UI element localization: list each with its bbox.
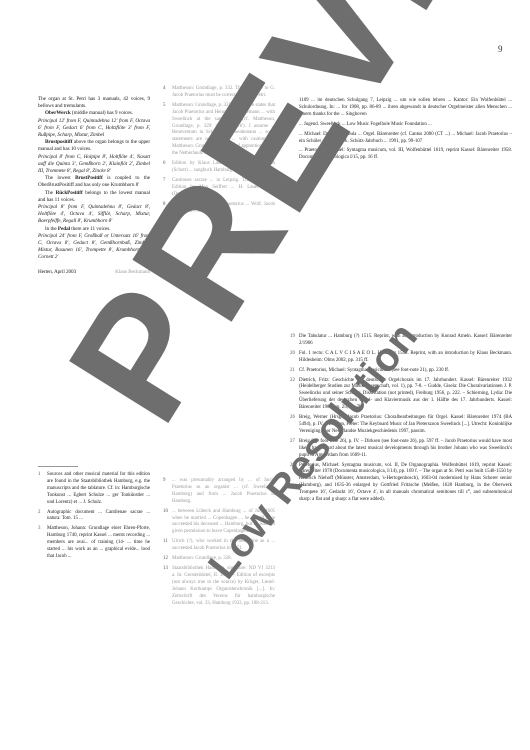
pedal-a: In the [45,226,58,232]
footnote-text: Beckmann, Klaus: Jacob Praetorius ... Wo… [172,202,275,216]
brust-paragraph: Brustpositiff above the organ belongs to… [38,139,150,153]
footnote: 11Ulrich (?), who worked in the meantime… [163,539,275,553]
footnote-number: 27 [290,439,299,460]
footnote-text: ... Praetorius, Michael: Syntagma musicu… [299,148,512,162]
footnote-text: ... between Lübeck and Hamburg ... of Ju… [172,509,275,537]
footnote-text: Mattheson, Johann: Grundlage einer Ehren… [47,526,150,561]
footnote-text: 1109 ... im deutschen Schulgang 7, Leipz… [299,98,512,119]
signature-row: Herten, April 2003 Klaus Beckmann [38,269,150,276]
footnote-text: Ulrich (?), who worked in the meantime a… [172,539,275,553]
footnote-number: 9 [163,478,172,506]
footnote-text: Mattheson: Grundlage, p. 328. [172,556,275,563]
footnote-text: ... Michael: Drei Praeambula ... Orgel. … [299,132,512,146]
footnote: 12Mattheson: Grundlage, p. 328. [163,556,275,563]
footnote-text: Die Tabulatur ... Hamburg (?) 1515. Repr… [299,334,512,348]
footnote-number: 5 [163,103,172,158]
ruck-paragraph: The RückPositiff belongs to the lowest m… [38,190,150,204]
footnotes-mid: 4Mattheson: Grundlage, p. 332. The refer… [163,86,275,218]
footnote-text: Fol. 1 recto: C A L V C I S A E O L. Ham… [299,351,512,365]
footnote: 1Sources and other musical material for … [38,472,150,507]
footnote-text: Cantiones sacrae ... in Leipzig. Transcr… [172,178,275,199]
footnote-text: Breig, Werner (Hrsg.): Jacob Praetorius:… [299,415,512,436]
oberwerk-stops: Principal 12′ from F, Quintadehna 12′ fr… [38,118,150,140]
footnotes-right-top: 1109 ... im deutschen Schulgang 7, Leipz… [290,98,512,165]
footnote: 27Breig (see foot-note 26), p. IV. – Dir… [290,439,512,460]
footnote-fragment: ... Praetorius, Michael: Syntagma musicu… [290,148,512,162]
footnote-text: Autographic document ... Cantilenae sacr… [47,510,150,524]
pedal-label: Pedal [58,226,70,232]
pedal-stops: Principal 24′ from F, Großbaß or Untersa… [38,233,150,262]
footnote-text: Breig (see foot-note 26), p. IV. – Dirks… [299,439,512,460]
footnote-number: 26 [290,415,299,436]
footnotes-left: 1Sources and other musical material for … [38,472,150,564]
brust-label: Brustpositiff [45,139,72,145]
footnote: 5Mattheson: Grundlage, p. 331. Mattheson… [163,103,275,158]
lowest-label: BrustPositiff [75,175,103,181]
footnote: 28Praetorius, Michael: Syntagma musicum,… [290,463,512,504]
footnote-text: Mattheson: Grundlage, p. 331. Mattheson … [172,103,275,158]
footnote-number: 10 [163,509,172,537]
footnote-number: 2 [38,510,47,524]
brust-stops: Principal 8′ from C, Holpipe 8′, Holtflö… [38,154,150,176]
footnote: 4Mattheson: Grundlage, p. 332. The refer… [163,86,275,100]
footnote: 7Cantiones sacrae ... in Leipzig. Transc… [163,178,275,199]
page-number: 9 [498,44,503,54]
footnote-number: 6 [163,161,172,175]
footnote-number: 12 [163,556,172,563]
ruck-stops: Principal 8′ from F, Quintadehna 8′, Ged… [38,204,150,226]
pedal-paragraph: In the Pedal there are 11 voices. [38,226,150,233]
footnote: 20Fol. 1 recto: C A L V C I S A E O L. H… [290,351,512,365]
footnotes-right: 19Die Tabulatur ... Hamburg (?) 1515. Re… [290,334,512,507]
footnote-number: 4 [163,86,172,100]
footnote: 19Die Tabulatur ... Hamburg (?) 1515. Re… [290,334,512,348]
place-date: Herten, April 2003 [38,269,76,276]
oberwerk-label: OberWerck [45,110,71,116]
oberwerk-paragraph: OberWerck (middle manual) has 9 voices. [38,110,150,117]
footnote: 3Mattheson, Johann: Grundlage einer Ehre… [38,526,150,561]
footnote: 10... between Lübeck and Hamburg ... of … [163,509,275,537]
footnote-number: 21 [290,368,299,375]
footnote: 2Autographic document ... Cantilenae sac… [38,510,150,524]
footnote: 9... was presumably arranged by ... of J… [163,478,275,506]
footnote-text: Dietrich, Fritz: Geschichte des deutsche… [299,378,512,413]
footnote: 21Cf. Praetorius, Michael: Syntagma musi… [290,368,512,375]
footnote-number: 20 [290,351,299,365]
footnote-text: ... Jugend. Sweelinck ... Low Music Foge… [299,122,512,129]
footnote-text: Cf. Praetorius, Michael: Syntagma musicu… [299,368,512,375]
ruck-a: The [45,190,56,196]
footnote-number: 8 [163,202,172,216]
footnote-fragment: ... Michael: Drei Praeambula ... Orgel. … [290,132,512,146]
footnote: 13Staatsbibliothek Hamburg, signature: N… [163,566,275,607]
footnote-number: 13 [163,566,172,607]
footnote: 26Breig, Werner (Hrsg.): Jacob Praetoriu… [290,415,512,436]
pedal-b: there are 11 voices. [70,226,110,232]
lowest-a: The lowest [45,175,75,181]
author-name: Klaus Beckmann [115,269,150,276]
footnote-rule [38,466,78,467]
footnote: 8Beckmann, Klaus: Jacob Praetorius ... W… [163,202,275,216]
footnote-fragment: 1109 ... im deutschen Schulgang 7, Leipz… [290,98,512,119]
footnotes-mid-lower: 9... was presumably arranged by ... of J… [163,478,275,610]
footnote-text: Praetorius, Michael: Syntagma musicum, v… [299,463,512,504]
footnote-number: 11 [163,539,172,553]
lowest-paragraph: The lowest BrustPositiff is coupled to t… [38,175,150,189]
oberwerk-intro: (middle manual) has 9 voices. [71,110,133,116]
intro-paragraph: The organ at St. Petri has 3 manuals, 42… [38,96,150,110]
main-text-column: The organ at St. Petri has 3 manuals, 42… [38,96,150,276]
footnote: 6Edition by Klaus Lastra and Klaus Beckm… [163,161,275,175]
footnote-fragment: ... Jugend. Sweelinck ... Low Music Foge… [290,122,512,129]
footnote-text: Edition by Klaus Lastra and Klaus Beckma… [172,161,275,175]
footnote-number: 1 [38,472,47,507]
footnote-text: Mattheson: Grundlage, p. 332. The refere… [172,86,275,100]
footnote-text: Sources and other musical material for t… [47,472,150,507]
footnote: 22Dietrich, Fritz: Geschichte des deutsc… [290,378,512,413]
footnote-number: 28 [290,463,299,504]
footnote-text: ... was presumably arranged by ... of Ja… [172,478,275,506]
footnote-number: 3 [38,526,47,561]
footnote-number: 22 [290,378,299,413]
ruck-label: RückPositiff [56,190,83,196]
footnote-number: 19 [290,334,299,348]
footnote-number: 7 [163,178,172,199]
footnote-text: Staatsbibliothek Hamburg, signature: ND … [172,566,275,607]
